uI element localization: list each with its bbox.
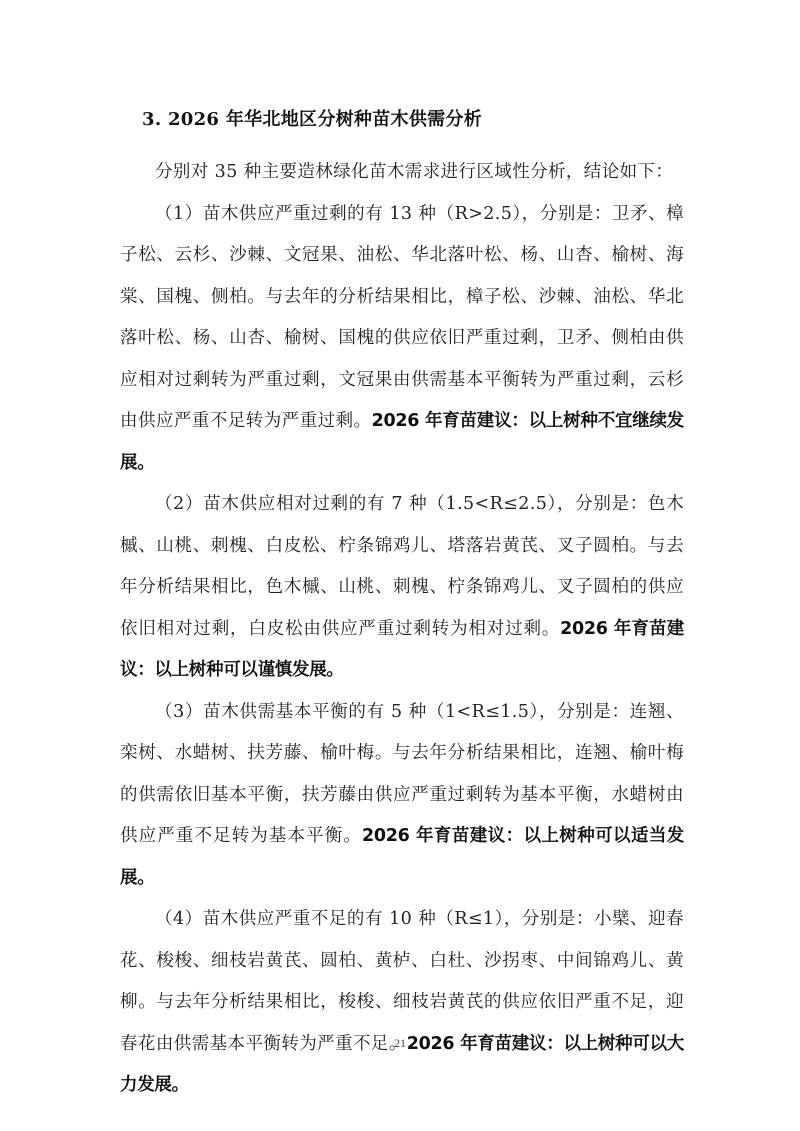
paragraph-undersupply-severe: （4）苗木供应严重不足的有 10 种（R≤1），分别是：小檗、迎春花、梭梭、细枝… — [120, 899, 684, 1107]
paragraph-text: （3）苗木供需基本平衡的有 5 种（1<R≤1.5），分别是：连翘、栾树、水蜡树… — [120, 702, 684, 847]
section-body: 3. 2026 年华北地区分树种苗木供需分析 分别对 35 种主要造林绿化苗木需… — [120, 102, 684, 1107]
paragraph-oversupply-relative: （2）苗木供应相对过剩的有 7 种（1.5<R≤2.5），分别是：色木槭、山桃、… — [120, 484, 684, 692]
page-number: 21 — [0, 1036, 800, 1051]
section-heading: 3. 2026 年华北地区分树种苗木供需分析 — [142, 102, 684, 138]
paragraph-text: （4）苗木供应严重不足的有 10 种（R≤1），分别是：小檗、迎春花、梭梭、细枝… — [120, 909, 684, 1054]
paragraph-text: （2）苗木供应相对过剩的有 7 种（1.5<R≤2.5），分别是：色木槭、山桃、… — [120, 494, 684, 639]
paragraph-oversupply-severe: （1）苗木供应严重过剩的有 13 种（R>2.5），分别是：卫矛、樟子松、云杉、… — [120, 194, 684, 485]
intro-paragraph: 分别对 35 种主要造林绿化苗木需求进行区域性分析，结论如下： — [120, 152, 684, 194]
paragraph-text: （1）苗木供应严重过剩的有 13 种（R>2.5），分别是：卫矛、樟子松、云杉、… — [120, 204, 684, 432]
document-page: 3. 2026 年华北地区分树种苗木供需分析 分别对 35 种主要造林绿化苗木需… — [0, 0, 800, 1131]
paragraph-balanced: （3）苗木供需基本平衡的有 5 种（1<R≤1.5），分别是：连翘、栾树、水蜡树… — [120, 692, 684, 900]
